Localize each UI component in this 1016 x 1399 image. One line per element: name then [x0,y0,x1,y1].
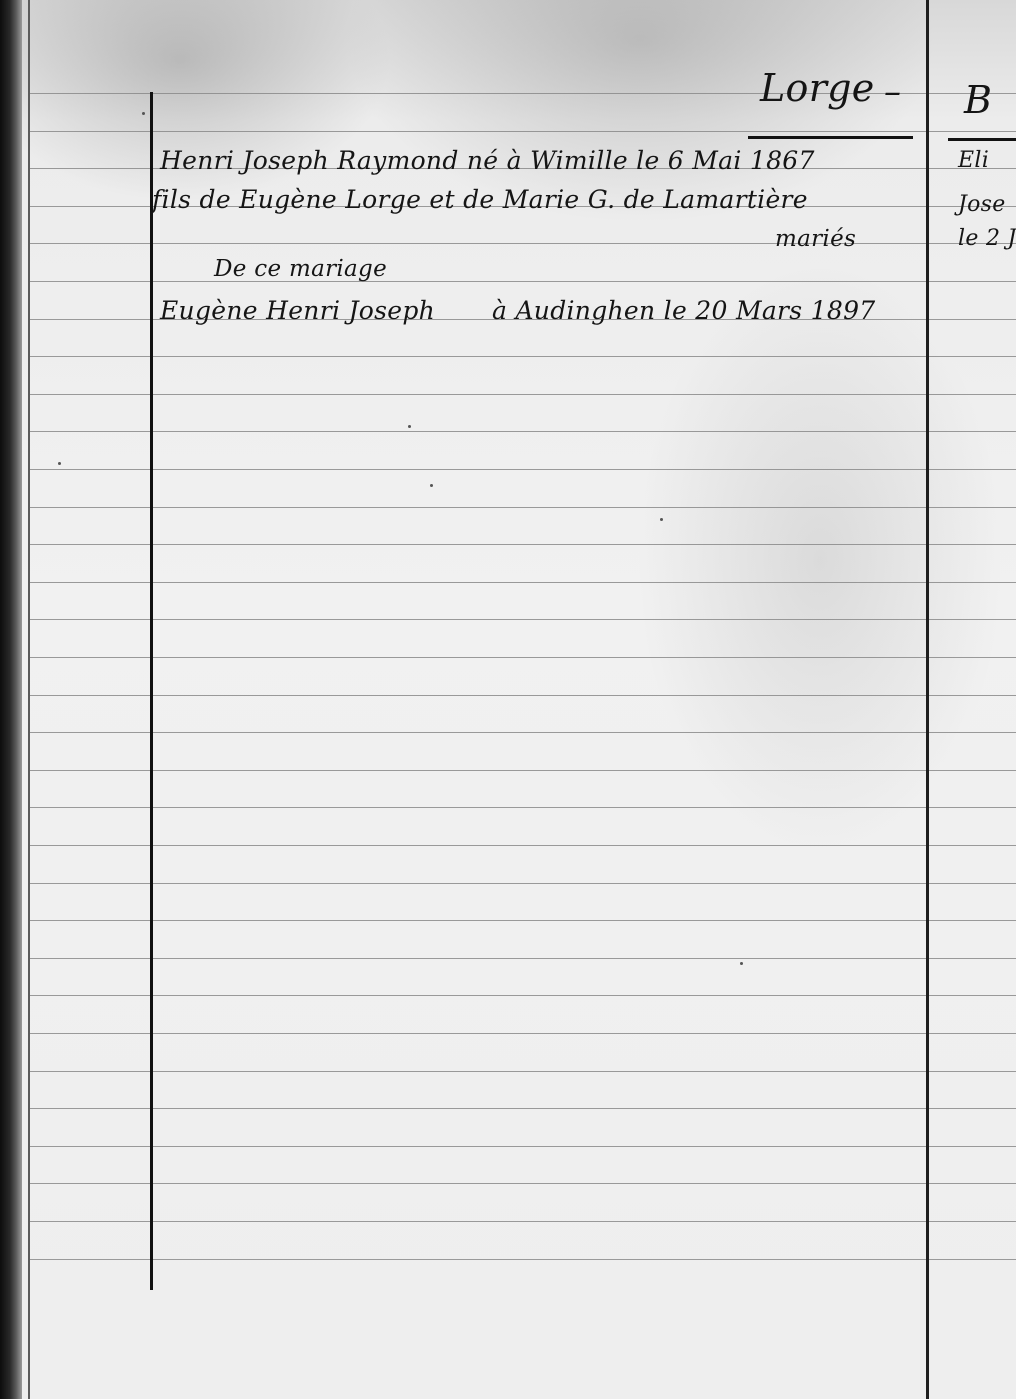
child-name: Eugène Henri Joseph [160,296,435,325]
ruled-line [30,507,1016,508]
ruled-line [30,1071,1016,1072]
ruled-line [30,1033,1016,1034]
ruled-line [30,131,1016,132]
page-gutter-line [926,0,929,1399]
paper-speck [430,484,433,487]
paper-speck [740,962,743,965]
paper-speck [660,518,663,521]
children-heading: De ce mariage [214,256,387,282]
ruled-line [30,469,1016,470]
adjacent-page-line: Eli [958,148,989,173]
margin-vertical-line [150,92,153,1290]
ruled-line [30,582,1016,583]
ruled-line [30,1183,1016,1184]
ruled-line [30,619,1016,620]
ruled-line [30,356,1016,357]
ruled-line [30,695,1016,696]
paper-speck [142,112,145,115]
ruled-line [30,281,1016,282]
surname-underline [748,136,913,139]
ruled-line [30,1146,1016,1147]
adjacent-page-line: Jose [958,192,1006,217]
entry-line-parents: fils de Eugène Lorge et de Marie G. de L… [152,185,808,214]
surname-heading: Lorge [760,66,875,110]
binding-border-line [28,0,30,1399]
ruled-line [30,807,1016,808]
ruled-line [30,1221,1016,1222]
ruled-line [30,920,1016,921]
ruled-line [30,394,1016,395]
child-birth-place-date: à Audinghen le 20 Mars 1897 [492,296,876,325]
paper-speck [408,425,411,428]
entry-line-birth: Henri Joseph Raymond né à Wimille le 6 M… [160,146,815,175]
ruled-line [30,995,1016,996]
ruled-line [30,544,1016,545]
ruled-line [30,883,1016,884]
ruled-line [30,1108,1016,1109]
adjacent-page-line: le 2 J [958,226,1016,251]
register-page: Lorge – Henri Joseph Raymond né à Wimill… [0,0,1016,1399]
entry-status-married: mariés [775,226,856,252]
ruled-line [30,845,1016,846]
book-binding-edge [0,0,22,1399]
surname-dash: – [884,72,901,112]
ruled-line [30,732,1016,733]
ruled-line [30,431,1016,432]
ruled-line [30,1259,1016,1260]
paper-speck [58,462,61,465]
ruled-line [30,770,1016,771]
adjacent-page-heading: B [964,78,992,122]
ruled-line [30,657,1016,658]
adjacent-page-underline [948,138,1016,141]
ruled-line [30,243,1016,244]
ruled-line [30,958,1016,959]
